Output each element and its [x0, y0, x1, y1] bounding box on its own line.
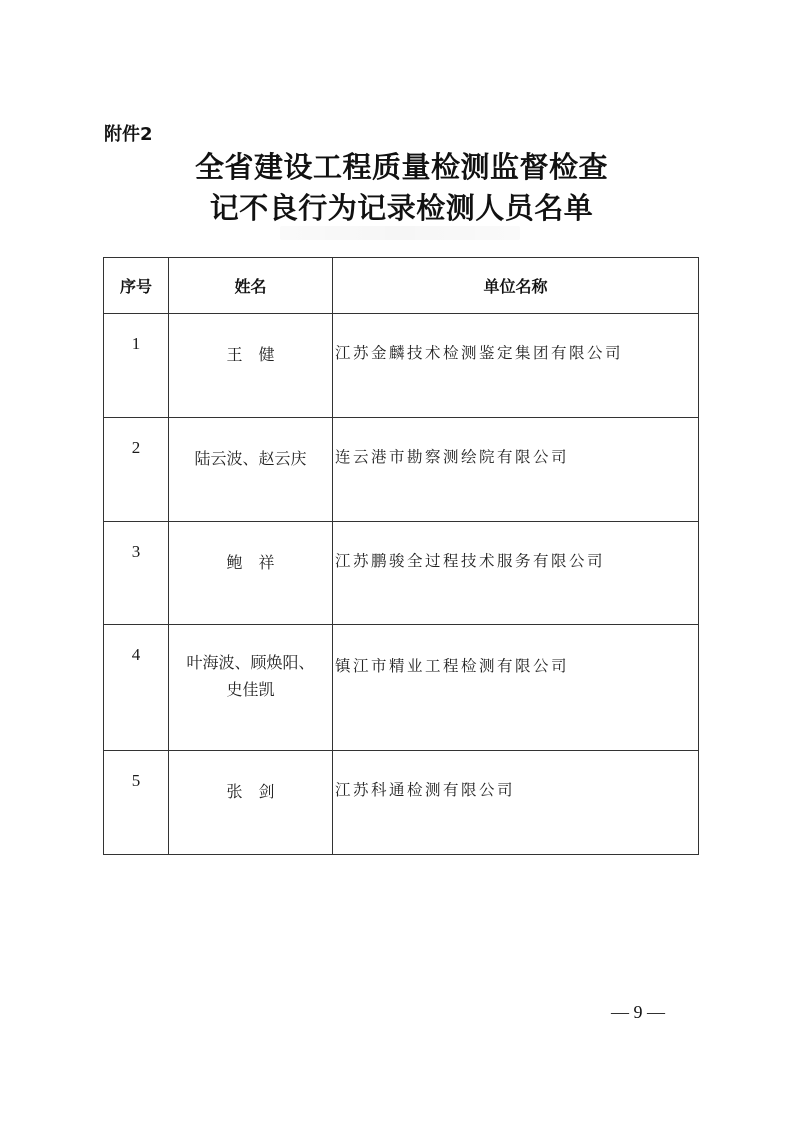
- row-names-line1: 叶海波、顾焕阳、: [169, 649, 332, 676]
- row-names: 鲍 祥: [169, 522, 333, 625]
- header-unit: 单位名称: [333, 258, 699, 314]
- row-index: 4: [104, 625, 169, 751]
- row-index: 5: [104, 751, 169, 855]
- row-names-line2: 史佳凯: [169, 676, 332, 703]
- row-names: 张 剑: [169, 751, 333, 855]
- row-index: 2: [104, 418, 169, 522]
- table-row: 3 鲍 祥 江苏鹏骏全过程技术服务有限公司: [104, 522, 699, 625]
- table-row: 5 张 剑 江苏科通检测有限公司: [104, 751, 699, 855]
- row-index: 1: [104, 314, 169, 418]
- row-unit: 江苏科通检测有限公司: [333, 751, 699, 855]
- row-names: 王 健: [169, 314, 333, 418]
- table-row: 2 陆云波、赵云庆 连云港市勘察测绘院有限公司: [104, 418, 699, 522]
- row-names: 叶海波、顾焕阳、 史佳凯: [169, 625, 333, 751]
- bleed-through-artifact: [280, 226, 520, 240]
- table-row: 4 叶海波、顾焕阳、 史佳凯 镇江市精业工程检测有限公司: [104, 625, 699, 751]
- row-index: 3: [104, 522, 169, 625]
- row-unit: 江苏鹏骏全过程技术服务有限公司: [333, 522, 699, 625]
- table-row: 1 王 健 江苏金麟技术检测鉴定集团有限公司: [104, 314, 699, 418]
- row-unit: 连云港市勘察测绘院有限公司: [333, 418, 699, 522]
- row-unit: 镇江市精业工程检测有限公司: [333, 625, 699, 751]
- table-header-row: 序号 姓名 单位名称: [104, 258, 699, 314]
- row-unit: 江苏金麟技术检测鉴定集团有限公司: [333, 314, 699, 418]
- page-number: — 9 —: [611, 1002, 665, 1023]
- document-title-line2: 记不良行为记录检测人员名单: [5, 186, 793, 227]
- document-title-line1: 全省建设工程质量检测监督检查: [5, 145, 793, 186]
- header-index: 序号: [104, 258, 169, 314]
- personnel-table: 序号 姓名 单位名称 1 王 健 江苏金麟技术检测鉴定集团有限公司 2 陆云波、…: [103, 257, 699, 855]
- header-name: 姓名: [169, 258, 333, 314]
- attachment-label: 附件2: [104, 120, 153, 146]
- row-names: 陆云波、赵云庆: [169, 418, 333, 522]
